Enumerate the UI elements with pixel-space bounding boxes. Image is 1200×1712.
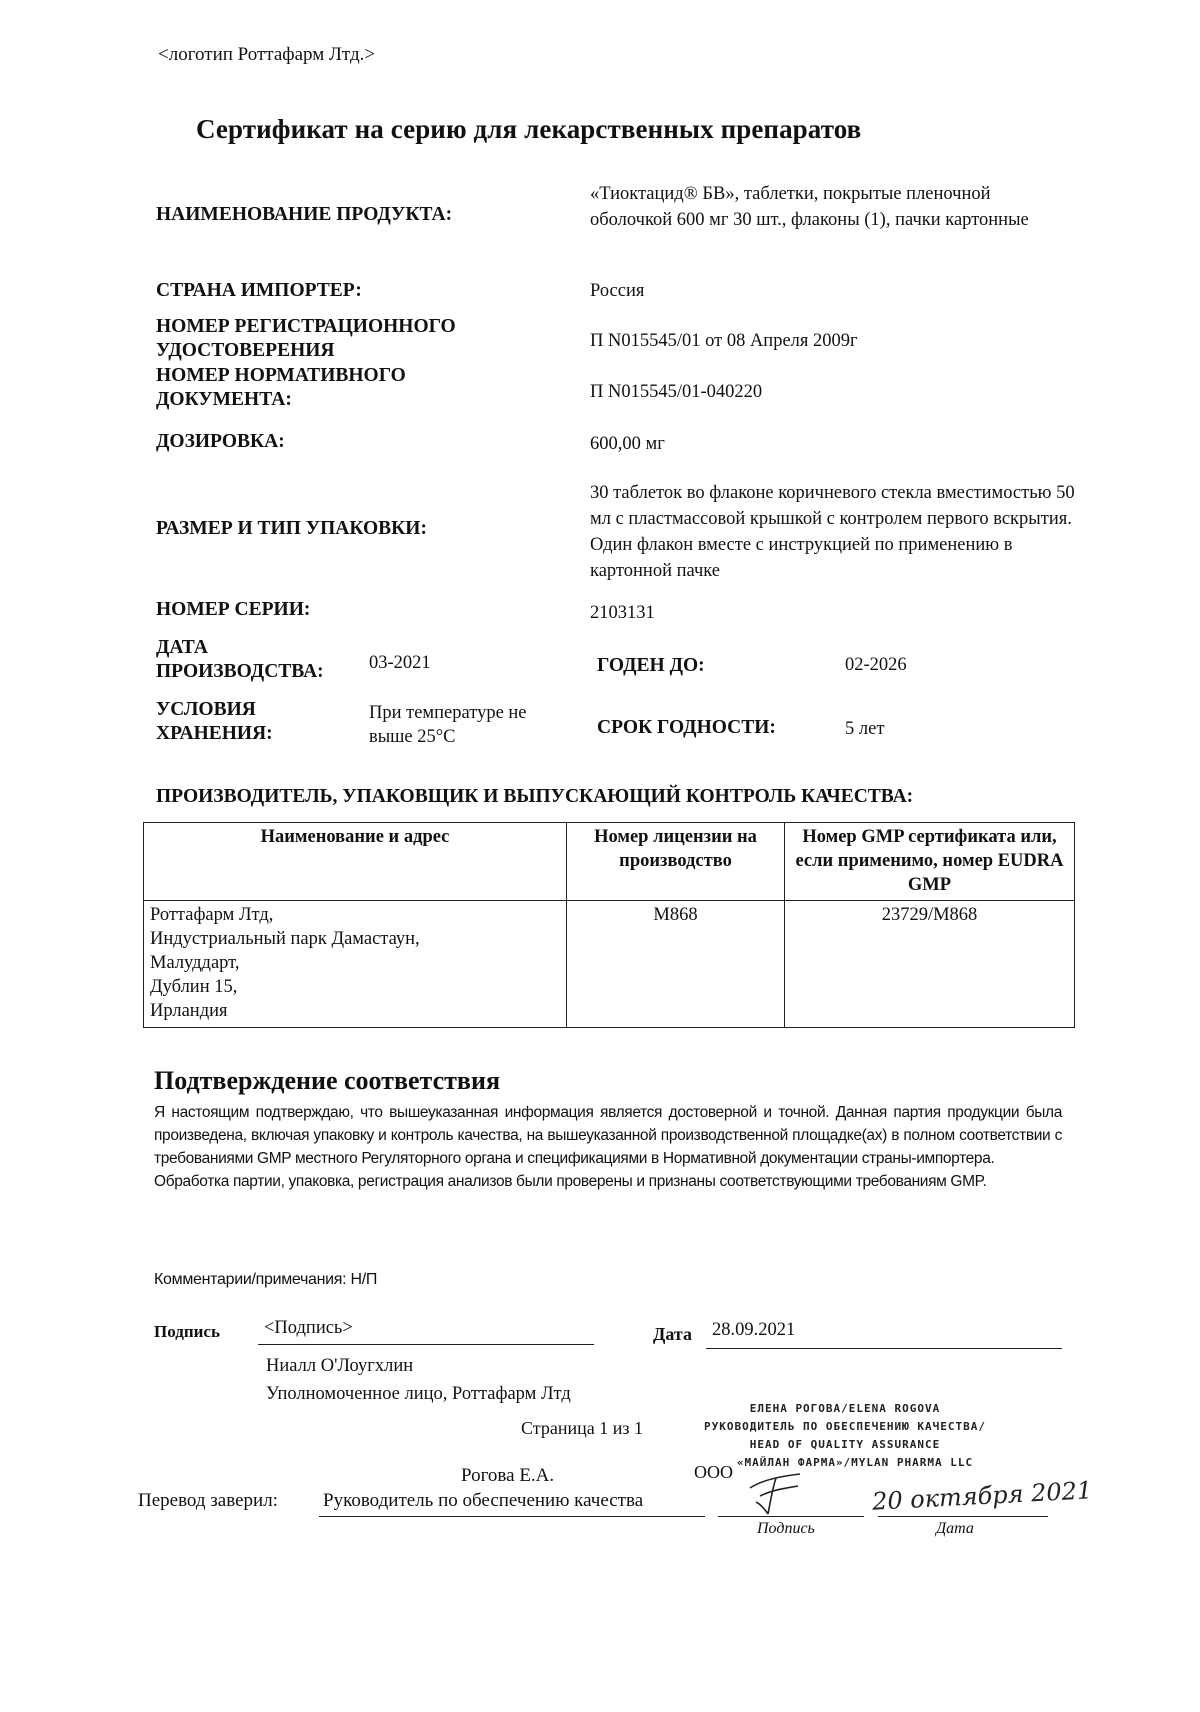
normative-doc-label-line2: ДОКУМЕНТА: xyxy=(156,388,406,412)
license-number-cell: M868 xyxy=(567,901,785,1028)
translator-signature-underline xyxy=(718,1516,864,1517)
importer-country-value: Россия xyxy=(590,278,644,304)
batch-number-value: 2103131 xyxy=(590,600,655,626)
signature-caption: Подпись xyxy=(757,1520,815,1538)
handwritten-date: 20 октября 2021 xyxy=(871,1476,1092,1515)
date-caption: Дата xyxy=(936,1520,974,1538)
registration-number-label: НОМЕР РЕГИСТРАЦИОННОГО УДОСТОВЕРЕНИЯ xyxy=(156,315,456,363)
product-name-label: НАИМЕНОВАНИЕ ПРОДУКТА: xyxy=(156,203,452,227)
confirmation-heading: Подтверждение соответствия xyxy=(154,1066,500,1096)
table-row: Роттафарм Лтд, Индустриальный парк Дамас… xyxy=(144,901,1075,1028)
signer-name: Ниалл О'Лоугхлин xyxy=(266,1352,571,1380)
storage-label-line1: УСЛОВИЯ xyxy=(156,698,273,722)
translator-role-underline xyxy=(319,1516,705,1517)
manufacturer-section-heading: ПРОИЗВОДИТЕЛЬ, УПАКОВЩИК И ВЫПУСКАЮЩИЙ К… xyxy=(156,786,913,808)
page-number: Страница 1 из 1 xyxy=(521,1418,643,1439)
batch-number-label: НОМЕР СЕРИИ: xyxy=(156,598,310,622)
dosage-label: ДОЗИРОВКА: xyxy=(156,430,285,454)
confirmation-paragraph-2: Обработка партии, упаковка, регистрация … xyxy=(154,1170,1062,1193)
dosage-value: 600,00 мг xyxy=(590,431,665,457)
confirmation-paragraph-1: Я настоящим подтверждаю, что вышеуказанн… xyxy=(154,1101,1062,1170)
translator-date-underline xyxy=(878,1516,1048,1517)
manufacture-date-label-line1: ДАТА xyxy=(156,636,324,660)
registration-number-label-line2: УДОСТОВЕРЕНИЯ xyxy=(156,339,456,363)
shelf-life-value: 5 лет xyxy=(845,716,884,742)
address-line: Малуддарт, xyxy=(150,951,560,975)
date-value: 28.09.2021 xyxy=(712,1320,795,1341)
column-header-license: Номер лицензии на производство xyxy=(567,823,785,901)
translator-name: Рогова Е.А. xyxy=(461,1465,554,1487)
expiry-label: ГОДЕН ДО: xyxy=(597,654,705,678)
company-logo-placeholder: <логотип Роттафарм Лтд.> xyxy=(158,44,375,66)
address-line: Роттафарм Лтд, xyxy=(150,903,560,927)
confirmation-text: Я настоящим подтверждаю, что вышеуказанн… xyxy=(154,1101,1062,1193)
normative-doc-label-line1: НОМЕР НОРМАТИВНОГО xyxy=(156,364,406,388)
manufacturer-address-cell: Роттафарм Лтд, Индустриальный парк Дамас… xyxy=(144,901,567,1028)
column-header-name-address: Наименование и адрес xyxy=(144,823,567,901)
signer-role: Уполномоченное лицо, Роттафарм Лтд xyxy=(266,1380,571,1408)
shelf-life-label: СРОК ГОДНОСТИ: xyxy=(597,716,776,740)
translation-certified-label: Перевод заверил: xyxy=(138,1490,278,1512)
normative-doc-label: НОМЕР НОРМАТИВНОГО ДОКУМЕНТА: xyxy=(156,364,406,412)
column-header-gmp: Номер GMP сертификата или, если применим… xyxy=(785,823,1075,901)
product-name-value: «Тиоктацид® БВ», таблетки, покрытые плен… xyxy=(590,181,1060,233)
document-title: Сертификат на серию для лекарственных пр… xyxy=(196,114,861,145)
manufacture-date-label-line2: ПРОИЗВОДСТВА: xyxy=(156,660,324,684)
address-line: Индустриальный парк Дамастаун, xyxy=(150,927,560,951)
date-underline xyxy=(706,1348,1062,1349)
signer-block: Ниалл О'Лоугхлин Уполномоченное лицо, Ро… xyxy=(266,1352,571,1408)
manufacture-date-label: ДАТА ПРОИЗВОДСТВА: xyxy=(156,636,324,684)
registration-number-label-line1: НОМЕР РЕГИСТРАЦИОННОГО xyxy=(156,315,456,339)
table-header-row: Наименование и адрес Номер лицензии на п… xyxy=(144,823,1075,901)
expiry-value: 02-2026 xyxy=(845,652,907,678)
package-label: РАЗМЕР И ТИП УПАКОВКИ: xyxy=(156,517,427,541)
address-line: Ирландия xyxy=(150,999,560,1023)
comments-text: Комментарии/примечания: Н/П xyxy=(154,1271,377,1289)
signature-placeholder: <Подпись> xyxy=(264,1318,353,1339)
signature-label: Подпись xyxy=(154,1322,220,1342)
address-line: Дублин 15, xyxy=(150,975,560,999)
signature-underline xyxy=(258,1344,594,1345)
date-label: Дата xyxy=(653,1324,692,1345)
stamp-line: ЕЛЕНА РОГОВА/ELENA ROGOVA xyxy=(680,1400,1010,1418)
manufacturer-table: Наименование и адрес Номер лицензии на п… xyxy=(143,822,1075,1028)
importer-country-label: СТРАНА ИМПОРТЕР: xyxy=(156,279,362,303)
storage-label-line2: ХРАНЕНИЯ: xyxy=(156,722,273,746)
storage-value: При температуре не выше 25°C xyxy=(369,701,569,749)
org-prefix: ООО xyxy=(694,1462,733,1483)
handwritten-signature-icon xyxy=(742,1470,812,1520)
stamp-line: РУКОВОДИТЕЛЬ ПО ОБЕСПЕЧЕНИЮ КАЧЕСТВА/ xyxy=(680,1418,1010,1436)
normative-doc-value: П N015545/01-040220 xyxy=(590,379,762,405)
gmp-number-cell: 23729/M868 xyxy=(785,901,1075,1028)
package-value: 30 таблеток во флаконе коричневого стекл… xyxy=(590,480,1080,584)
storage-label: УСЛОВИЯ ХРАНЕНИЯ: xyxy=(156,698,273,746)
registration-number-value: П N015545/01 от 08 Апреля 2009г xyxy=(590,328,858,354)
stamp-line: HEAD OF QUALITY ASSURANCE xyxy=(680,1436,1010,1454)
manufacture-date-value: 03-2021 xyxy=(369,650,431,676)
translator-role: Руководитель по обеспечению качества xyxy=(323,1490,643,1512)
